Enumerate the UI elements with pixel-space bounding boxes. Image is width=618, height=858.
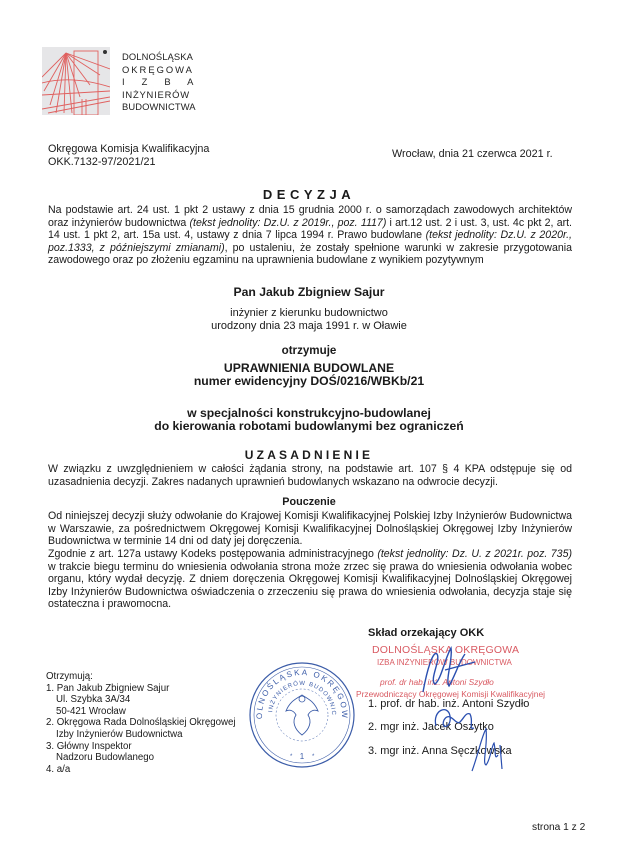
svg-text:1: 1 [300, 752, 305, 761]
svg-text:*: * [290, 754, 293, 760]
org-name-line: DOLNOŚLĄSKA [122, 51, 201, 64]
svg-text:*: * [312, 754, 315, 760]
recipient-line: 2. Okręgowa Rada Dolnośląskiej Okręgowej [46, 717, 236, 729]
instruction-paragraph-1: Od niniejszej decyzji służy odwołanie do… [48, 510, 572, 548]
decision-title: DECYZJA [0, 187, 618, 202]
legal-citation: (tekst jednolity: Dz.U. z 2019r., poz. 1… [190, 217, 387, 229]
recipients-title: Otrzymują: [46, 671, 236, 683]
paragraph-text: Zgodnie z art. 127a ustawy Kodeks postęp… [48, 548, 377, 560]
instruction-title: Pouczenie [0, 496, 618, 508]
receives-label: otrzymuje [0, 344, 618, 357]
legal-basis-paragraph: Na podstawie art. 24 ust. 1 pkt 2 ustawy… [48, 204, 572, 267]
justification-title: UZASADNIENIE [0, 448, 618, 462]
specialty-scope: do kierowania robotami budowlanymi bez o… [0, 420, 618, 433]
org-name-line: I Z B A [122, 76, 201, 89]
org-name-line: BUDOWNICTWA [122, 101, 201, 114]
issuer-block: Okręgowa Komisja Kwalifikacyjna OKK.7132… [48, 143, 209, 168]
round-eagle-seal-icon: DOLNOŚLĄSKA OKRĘGOWA IZBA INŻYNIERÓW BUD… [246, 659, 358, 771]
recipients-list: Otrzymują: 1. Pan Jakub Zbigniew SajurUl… [46, 671, 236, 775]
paragraph-text: w trakcie biegu terminu do wniesienia od… [48, 561, 572, 611]
org-name-line: INŻYNIERÓW [122, 89, 201, 102]
recipient-line: Nadzoru Budowlanego [46, 752, 236, 764]
permit-block: UPRAWNIENIA BUDOWLANE numer ewidencyjny … [0, 362, 618, 389]
place-date: Wrocław, dnia 21 czerwca 2021 r. [392, 148, 553, 160]
permit-number: numer ewidencyjny DOŚ/0216/WBKb/21 [0, 375, 618, 388]
panel-title: Skład orzekający OKK [368, 627, 484, 639]
bridge-lines-logo-icon [42, 47, 110, 115]
signature-icon [415, 640, 485, 700]
recipient-name: Pan Jakub Zbigniew Sajur [0, 285, 618, 299]
recipient-line: Izby Inżynierów Budownictwa [46, 729, 236, 741]
legal-citation: (tekst jednolity: Dz. U. z 2021r. poz. 7… [377, 548, 572, 560]
recipient-line: 1. Pan Jakub Zbigniew Sajur [46, 683, 236, 695]
page-number: strona 1 z 2 [532, 822, 585, 833]
recipient-birth: urodzony dnia 23 maja 1991 r. w Oławie [0, 320, 618, 333]
case-number: OKK.7132-97/2021/21 [48, 156, 209, 169]
org-name-line: OKRĘGOWA [122, 64, 201, 77]
signature-icon [468, 725, 508, 775]
recipient-line: 50-421 Wrocław [46, 706, 236, 718]
recipient-line: 3. Główny Inspektor [46, 741, 236, 753]
issuer-name: Okręgowa Komisja Kwalifikacyjna [48, 143, 209, 156]
specialty-block: w specjalności konstrukcyjno-budowlanej … [0, 407, 618, 434]
recipient-info: inżynier z kierunku budownictwo urodzony… [0, 307, 618, 333]
recipient-line: Ul. Szybka 3A/34 [46, 694, 236, 706]
justification-text: W związku z uwzględnieniem w całości żąd… [48, 463, 572, 488]
recipient-title: inżynier z kierunku budownictwo [0, 307, 618, 320]
specialty-line: w specjalności konstrukcyjno-budowlanej [0, 407, 618, 420]
instruction-paragraph-2: Zgodnie z art. 127a ustawy Kodeks postęp… [48, 548, 572, 611]
org-name: DOLNOŚLĄSKA OKRĘGOWA I Z B A INŻYNIERÓW … [122, 51, 201, 114]
recipient-line: 4. a/a [46, 764, 236, 776]
